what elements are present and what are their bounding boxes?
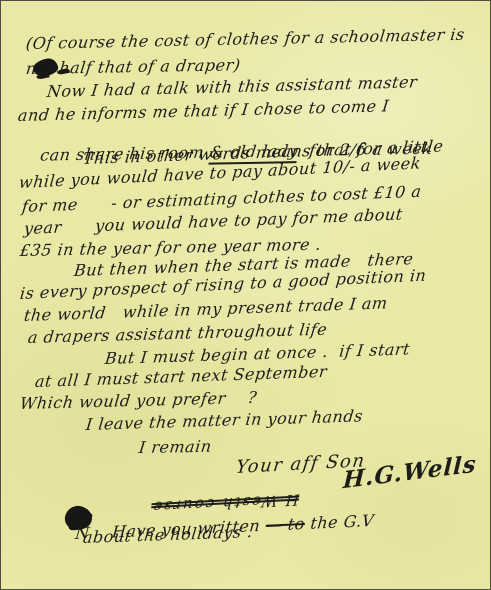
letter-line-16: at all I must start next September [34,363,328,391]
letter-page: (Of course the cost of clothes for a sch… [0,0,491,590]
letter-line-19: I remain [138,438,213,457]
postscript-text-2: the G.V [304,511,375,533]
struck-words: — to [265,514,306,535]
letter-line-01: (Of course the cost of clothes for a sch… [25,26,466,53]
letter-line-04: and he informs me that if I chose to com… [17,97,390,124]
letter-line-18: I leave the matter in your hands [85,407,364,433]
letter-line-17: Which would you prefer ? [19,389,258,413]
